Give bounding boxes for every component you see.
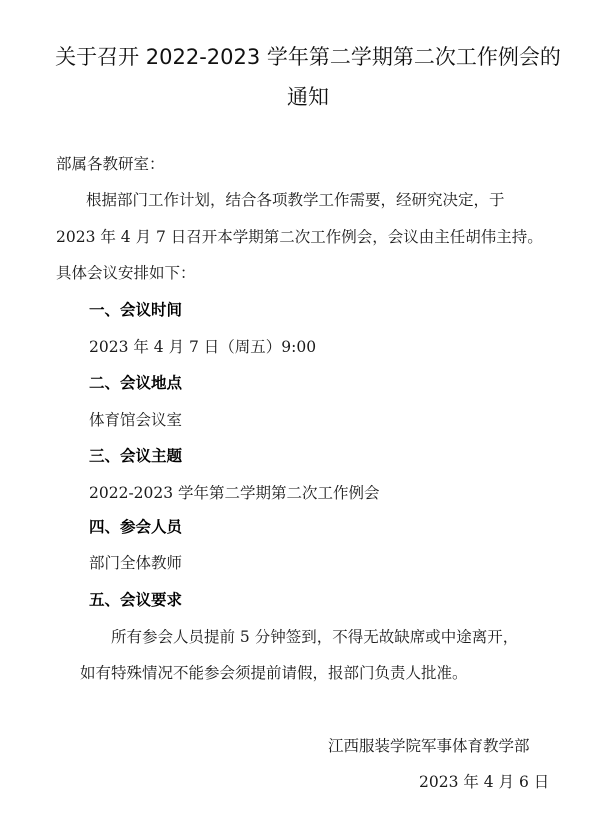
section-heading-requirements: 五、会议要求 (89, 589, 182, 611)
section-heading-topic: 三、会议主题 (89, 445, 182, 467)
intro-line-3: 具体会议安排如下： (56, 262, 196, 284)
signature-organization: 江西服装学院军事体育教学部 (328, 735, 530, 757)
document-title-line1: 关于召开 2022-2023 学年第二学期第二次工作例会的 (0, 43, 616, 71)
salutation: 部属各教研室： (56, 153, 165, 175)
section-content-location: 体育馆会议室 (89, 409, 182, 431)
intro-line-2: 2023 年 4 月 7 日召开本学期第二次工作例会，会议由主任胡伟主持。 (56, 226, 543, 248)
section-heading-attendees: 四、参会人员 (89, 516, 182, 538)
section-content-requirements-line1: 所有参会人员提前 5 分钟签到，不得无故缺席或中途离开， (111, 626, 518, 648)
signature-date: 2023 年 4 月 6 日 (419, 771, 549, 793)
section-content-time: 2023 年 4 月 7 日（周五）9:00 (89, 336, 316, 358)
section-content-requirements-line2: 如有特殊情况不能参会须提前请假，报部门负责人批准。 (80, 662, 468, 684)
document-title-line2: 通知 (0, 83, 616, 111)
section-heading-location: 二、会议地点 (89, 372, 182, 394)
section-heading-time: 一、会议时间 (89, 299, 182, 321)
section-content-topic: 2022-2023 学年第二学期第二次工作例会 (89, 482, 380, 504)
section-content-attendees: 部门全体教师 (89, 552, 182, 574)
intro-line-1: 根据部门工作计划，结合各项教学工作需要，经研究决定，于 (86, 189, 505, 211)
